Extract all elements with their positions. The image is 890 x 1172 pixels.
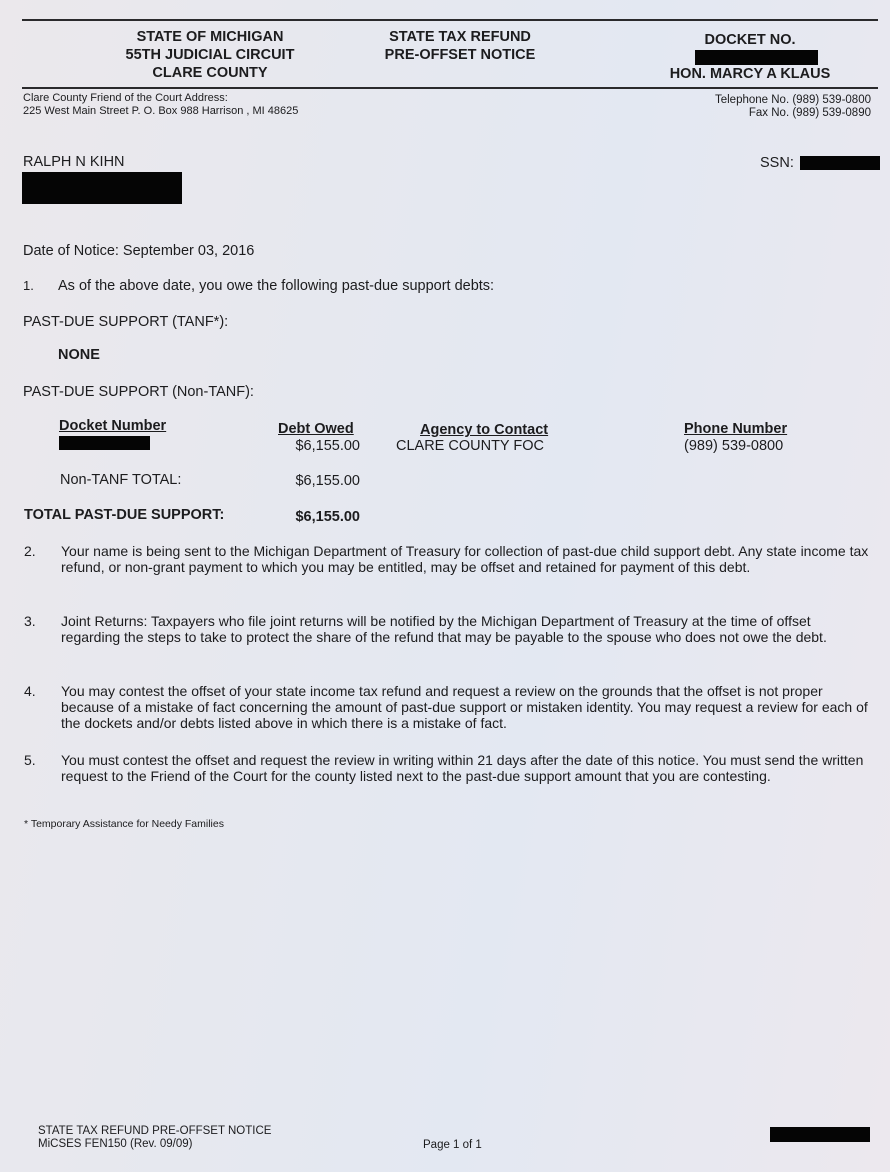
col-header-docket: Docket Number [59,418,166,434]
court-county: CLARE COUNTY [60,64,360,82]
paragraph-4-text: You may contest the offset of your state… [61,683,870,731]
phone-fax-block: Telephone No. (989) 539-0800 Fax No. (98… [715,94,871,120]
notice-title-line1: STATE TAX REFUND [330,28,590,46]
nontanf-total-value: $6,155.00 [295,473,360,489]
notice-title-line2: PRE-OFFSET NOTICE [330,46,590,64]
footer-redacted [770,1127,870,1142]
item-1-text: As of the above date, you owe the follow… [58,278,494,294]
docket-number-redacted [695,50,818,65]
tanf-value: NONE [58,347,100,363]
item-1-number: 1. [23,278,58,294]
table-phone: (989) 539-0800 [684,438,783,454]
page-number: Page 1 of 1 [423,1139,482,1151]
paragraph-2-text: Your name is being sent to the Michigan … [61,543,870,575]
recipient-address-redacted [22,172,182,204]
fax-number: Fax No. (989) 539-0890 [715,107,871,120]
paragraph-5-text: You must contest the offset and request … [61,752,870,784]
nontanf-total-label: Non-TANF TOTAL: [60,472,181,488]
foc-address-label: Clare County Friend of the Court Address… [23,92,298,105]
paragraph-3: 3. Joint Returns: Taxpayers who file joi… [24,613,870,645]
judge-name: HON. MARCY A KLAUS [640,65,860,83]
foc-address-block: Clare County Friend of the Court Address… [23,92,298,118]
footer-form-title: STATE TAX REFUND PRE-OFFSET NOTICE [38,1125,271,1138]
foc-address: 225 West Main Street P. O. Box 988 Harri… [23,105,298,118]
court-circuit: 55TH JUDICIAL CIRCUIT [60,46,360,64]
footer-form-code: MiCSES FEN150 (Rev. 09/09) [38,1138,271,1151]
court-state: STATE OF MICHIGAN [60,28,360,46]
col-header-phone: Phone Number [684,421,787,437]
paragraph-4-number: 4. [24,683,61,731]
ssn-redacted [800,156,880,170]
paragraph-3-text: Joint Returns: Taxpayers who file joint … [61,613,870,645]
ssn-label: SSN: [760,155,794,171]
col-header-debt-owed: Debt Owed [278,421,354,437]
paragraph-5: 5. You must contest the offset and reque… [24,752,870,784]
nontanf-label: PAST-DUE SUPPORT (Non-TANF): [23,384,254,400]
paragraph-2-number: 2. [24,543,61,575]
col-header-agency: Agency to Contact [420,422,548,438]
table-debt-owed: $6,155.00 [295,438,360,454]
paragraph-4: 4. You may contest the offset of your st… [24,683,870,731]
recipient-name: RALPH N KIHN [23,154,125,170]
footer-form-block: STATE TAX REFUND PRE-OFFSET NOTICE MiCSE… [38,1125,271,1151]
telephone-number: Telephone No. (989) 539-0800 [715,94,871,107]
docket-label: DOCKET NO. [650,31,850,49]
paragraph-2: 2. Your name is being sent to the Michig… [24,543,870,575]
grand-total-label: TOTAL PAST-DUE SUPPORT: [24,507,224,523]
tanf-label: PAST-DUE SUPPORT (TANF*): [23,314,228,330]
date-of-notice: Date of Notice: September 03, 2016 [23,243,254,259]
table-agency: CLARE COUNTY FOC [396,438,544,454]
paragraph-3-number: 3. [24,613,61,645]
footnote-tanf: * Temporary Assistance for Needy Familie… [24,818,224,830]
header-bottom-rule [22,87,878,89]
notice-title: STATE TAX REFUND PRE-OFFSET NOTICE [330,28,590,64]
paragraph-5-number: 5. [24,752,61,784]
item-1: 1. As of the above date, you owe the fol… [23,278,494,294]
grand-total-value: $6,155.00 [295,509,360,525]
court-heading: STATE OF MICHIGAN 55TH JUDICIAL CIRCUIT … [60,28,360,82]
table-docket-redacted [59,436,150,450]
header-top-rule [22,19,878,21]
